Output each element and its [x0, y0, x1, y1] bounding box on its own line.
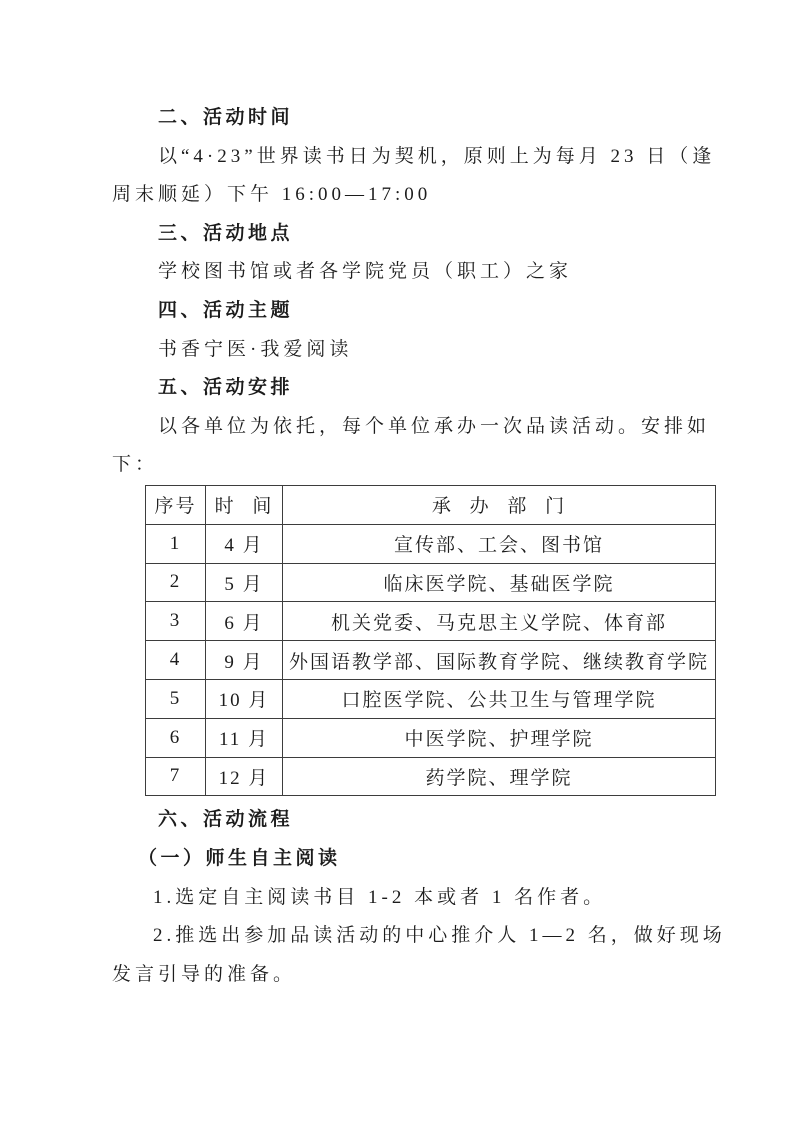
cell-departments: 口腔医学院、公共卫生与管理学院 [283, 679, 716, 718]
cell-month: 11 月 [206, 718, 283, 757]
cell-month: 12 月 [206, 757, 283, 796]
table-row: 3 6 月 机关党委、马克思主义学院、体育部 [146, 602, 716, 641]
para-activity-time-line1: 以“4·23”世界读书日为契机，原则上为每月 23 日（逢 [112, 138, 681, 177]
cell-month: 5 月 [206, 563, 283, 602]
para-activity-location: 学校图书馆或者各学院党员（职工）之家 [112, 253, 681, 292]
cell-month: 9 月 [206, 641, 283, 680]
list-item-2-line2: 发言引导的准备。 [112, 956, 681, 995]
cell-departments: 机关党委、马克思主义学院、体育部 [283, 602, 716, 641]
cell-departments: 外国语教学部、国际教育学院、继续教育学院 [283, 641, 716, 680]
heading-activity-arrangement: 五、活动安排 [112, 369, 681, 408]
schedule-table: 序号 时 间 承 办 部 门 1 4 月 宣传部、工会、图书馆 2 5 月 临床… [145, 485, 716, 796]
heading-activity-process: 六、活动流程 [112, 801, 681, 840]
cell-departments: 药学院、理学院 [283, 757, 716, 796]
table-row: 4 9 月 外国语教学部、国际教育学院、继续教育学院 [146, 641, 716, 680]
cell-index: 2 [146, 563, 206, 602]
table-row: 7 12 月 药学院、理学院 [146, 757, 716, 796]
table-row: 1 4 月 宣传部、工会、图书馆 [146, 524, 716, 563]
cell-index: 3 [146, 602, 206, 641]
cell-index: 7 [146, 757, 206, 796]
col-header-index: 序号 [146, 485, 206, 524]
heading-activity-location: 三、活动地点 [112, 215, 681, 254]
para-arrangement-line2: 下： [112, 446, 681, 485]
cell-departments: 临床医学院、基础医学院 [283, 563, 716, 602]
cell-departments: 中医学院、护理学院 [283, 718, 716, 757]
subheading-self-reading: （一）师生自主阅读 [112, 840, 681, 879]
table-row: 6 11 月 中医学院、护理学院 [146, 718, 716, 757]
para-activity-theme: 书香宁医·我爱阅读 [112, 331, 681, 370]
table-row: 2 5 月 临床医学院、基础医学院 [146, 563, 716, 602]
cell-index: 5 [146, 679, 206, 718]
document-content: 二、活动时间 以“4·23”世界读书日为契机，原则上为每月 23 日（逢 周末顺… [0, 0, 793, 994]
para-activity-time-line2: 周末顺延）下午 16:00—17:00 [112, 176, 681, 215]
cell-index: 6 [146, 718, 206, 757]
cell-month: 6 月 [206, 602, 283, 641]
document-page: 二、活动时间 以“4·23”世界读书日为契机，原则上为每月 23 日（逢 周末顺… [0, 0, 793, 1122]
table-row: 5 10 月 口腔医学院、公共卫生与管理学院 [146, 679, 716, 718]
heading-activity-time: 二、活动时间 [112, 99, 681, 138]
cell-index: 4 [146, 641, 206, 680]
table-header-row: 序号 时 间 承 办 部 门 [146, 485, 716, 524]
list-item-2-line1: 2.推选出参加品读活动的中心推介人 1—2 名，做好现场 [112, 917, 681, 956]
cell-index: 1 [146, 524, 206, 563]
para-arrangement-line1: 以各单位为依托，每个单位承办一次品读活动。安排如 [112, 408, 681, 447]
cell-month: 10 月 [206, 679, 283, 718]
heading-activity-theme: 四、活动主题 [112, 292, 681, 331]
col-header-time: 时 间 [206, 485, 283, 524]
list-item-1: 1.选定自主阅读书目 1-2 本或者 1 名作者。 [112, 879, 681, 918]
cell-month: 4 月 [206, 524, 283, 563]
cell-departments: 宣传部、工会、图书馆 [283, 524, 716, 563]
col-header-department: 承 办 部 门 [283, 485, 716, 524]
